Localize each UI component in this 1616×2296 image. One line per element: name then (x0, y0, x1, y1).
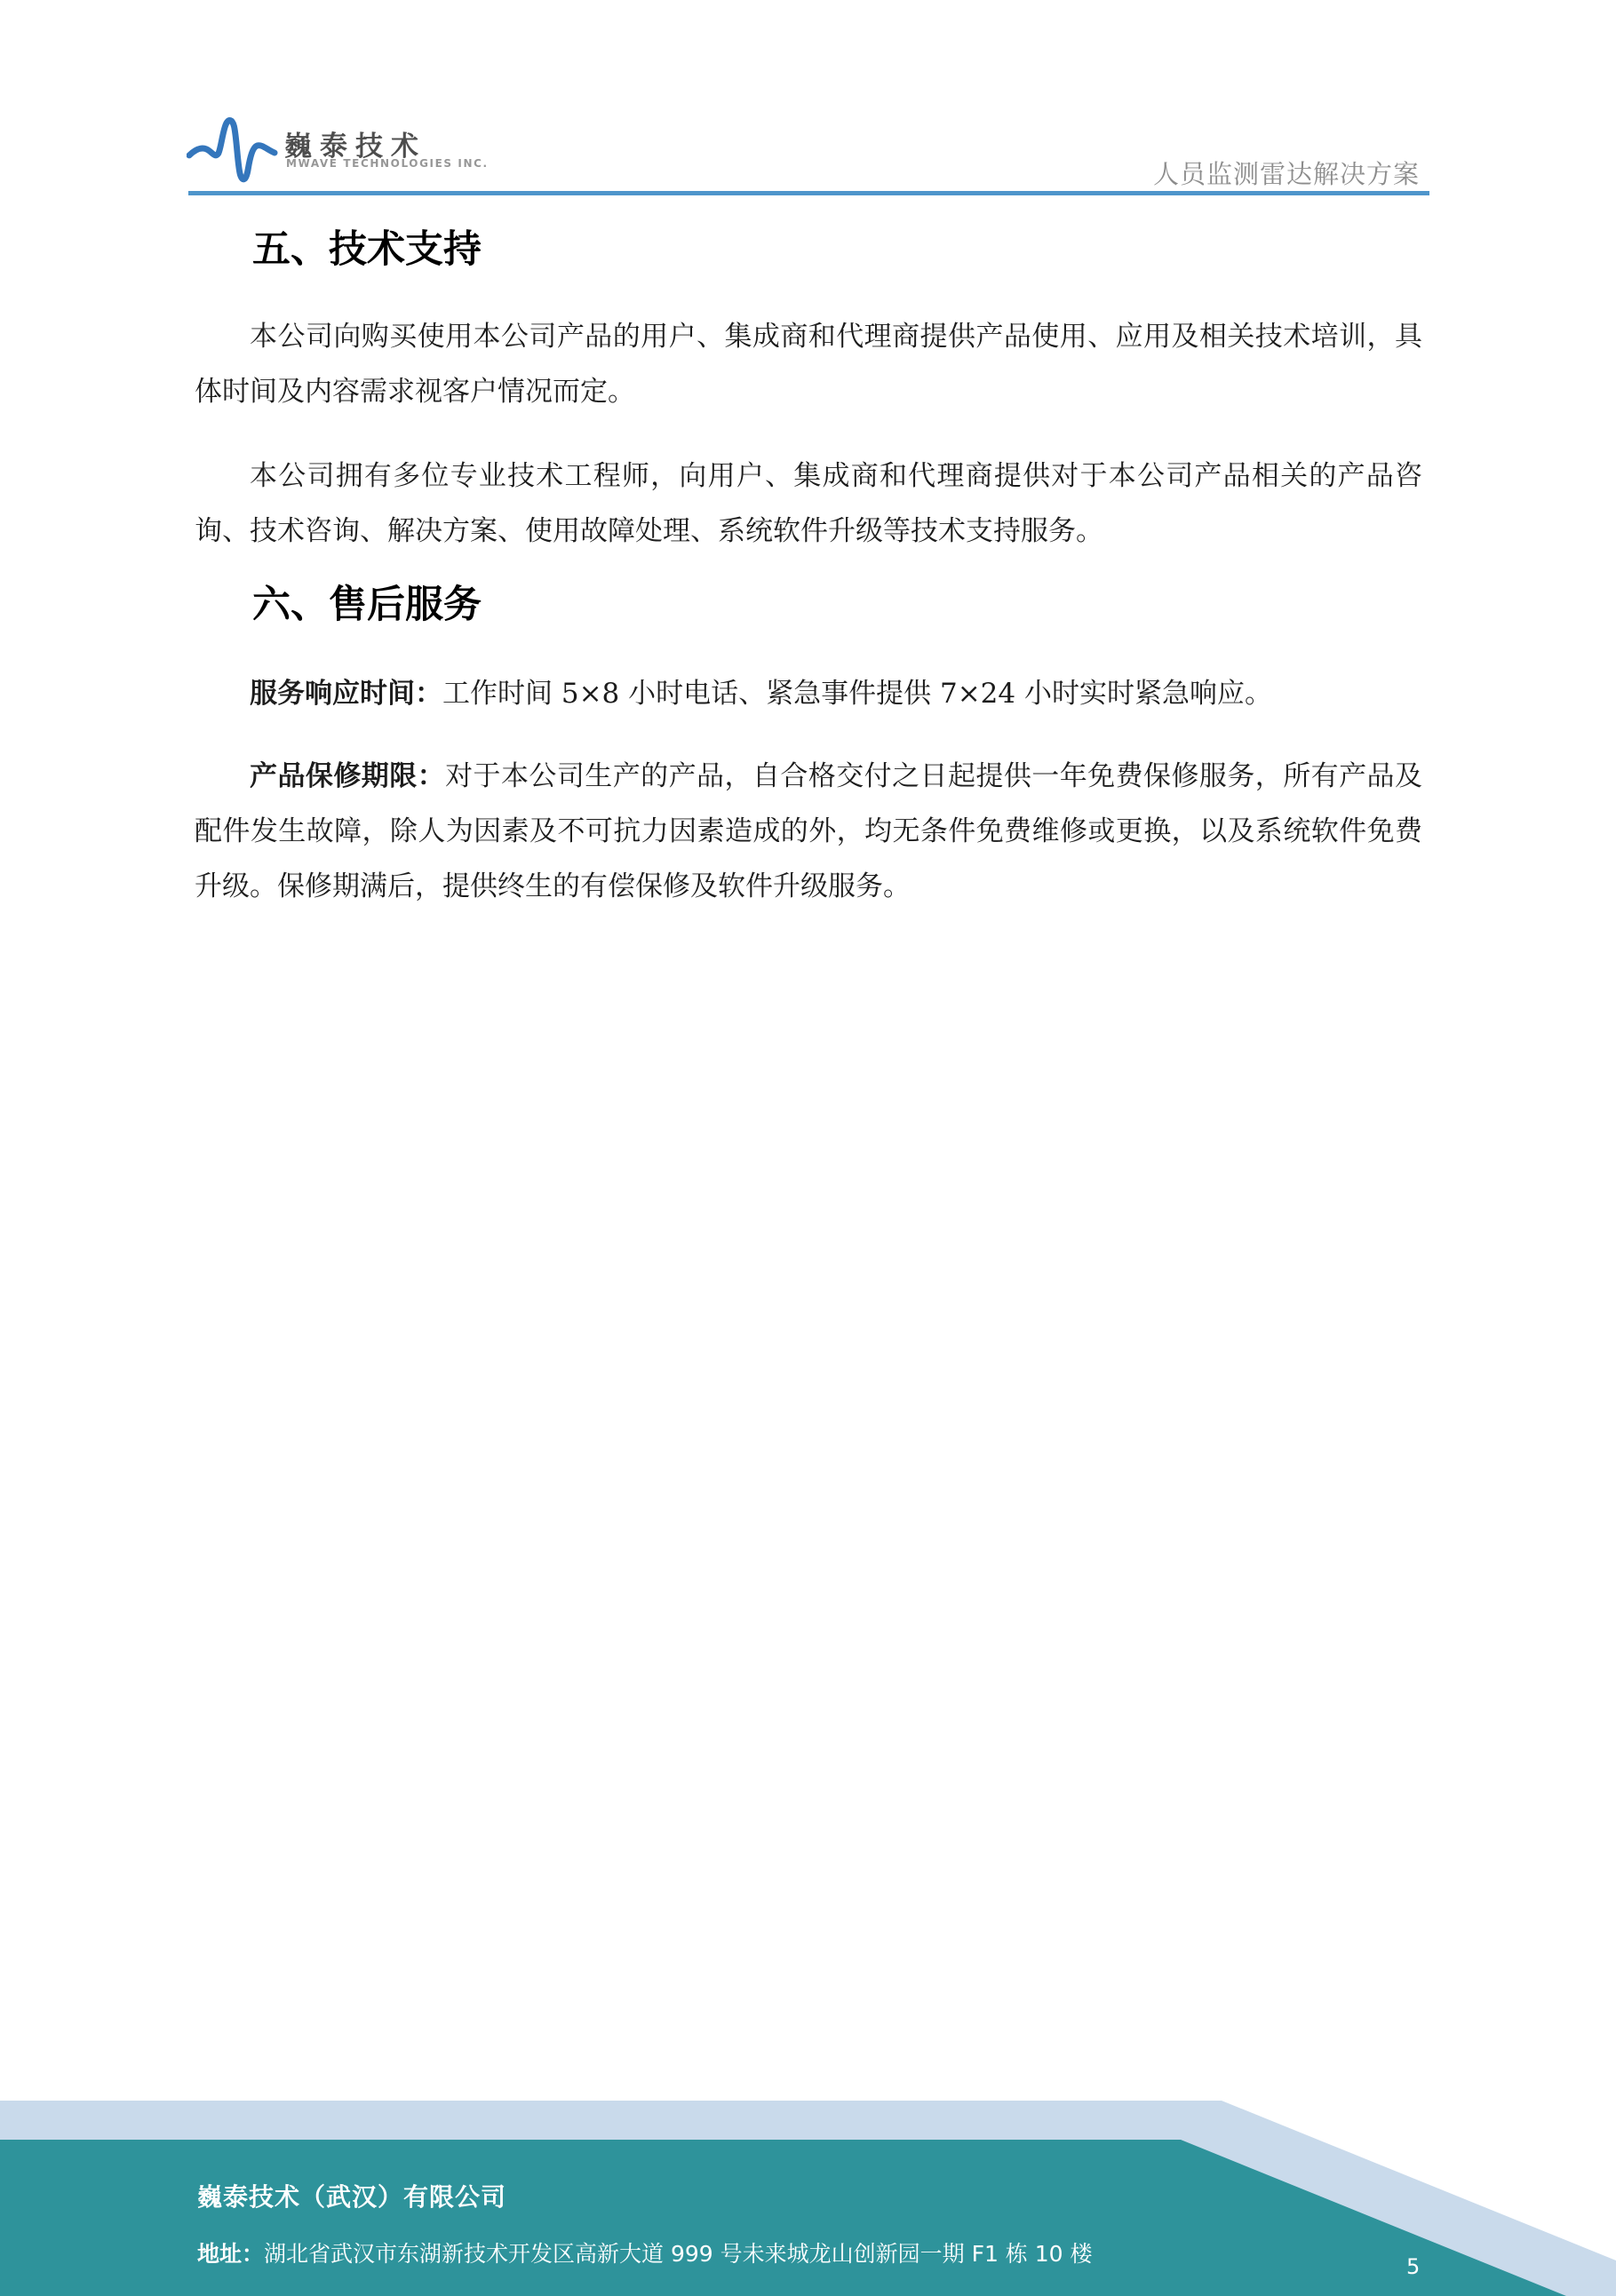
service-response-text: 工作时间 5×8 小时电话、紧急事件提供 7×24 小时实时紧急响应。 (442, 678, 1272, 710)
section-heading-tech-support: 五、技术支持 (252, 227, 482, 272)
footer-company-name: 巍泰技术（武汉）有限公司 (197, 2178, 506, 2213)
paragraph-warranty: 产品保修期限：对于本公司生产的产品，自合格交付之日起提供一年免费保修服务，所有产… (195, 749, 1422, 914)
paragraph-engineers: 本公司拥有多位专业技术工程师，向用户、集成商和代理商提供对于本公司产品相关的产品… (195, 449, 1422, 559)
footer-address: 地址：湖北省武汉市东湖新技术开发区高新大道 999 号未来城龙山创新园一期 F1… (197, 2236, 1093, 2268)
page-content: 五、技术支持 本公司向购买使用本公司产品的用户、集成商和代理商提供产品使用、应用… (195, 0, 1422, 2296)
paragraph-service-response: 服务响应时间：工作时间 5×8 小时电话、紧急事件提供 7×24 小时实时紧急响… (195, 666, 1422, 721)
service-response-label: 服务响应时间： (250, 678, 442, 710)
footer-address-text: 湖北省武汉市东湖新技术开发区高新大道 999 号未来城龙山创新园一期 F1 栋 … (264, 2241, 1093, 2267)
page-number: 5 (1406, 2254, 1420, 2279)
warranty-label: 产品保修期限： (250, 760, 445, 792)
section-heading-after-sales: 六、售后服务 (252, 583, 482, 627)
footer-address-label: 地址： (197, 2241, 264, 2267)
paragraph-training: 本公司向购买使用本公司产品的用户、集成商和代理商提供产品使用、应用及相关技术培训… (195, 309, 1422, 419)
document-page: 巍泰技术 MWAVE TECHNOLOGIES INC. 人员监测雷达解决方案 … (0, 0, 1616, 2296)
